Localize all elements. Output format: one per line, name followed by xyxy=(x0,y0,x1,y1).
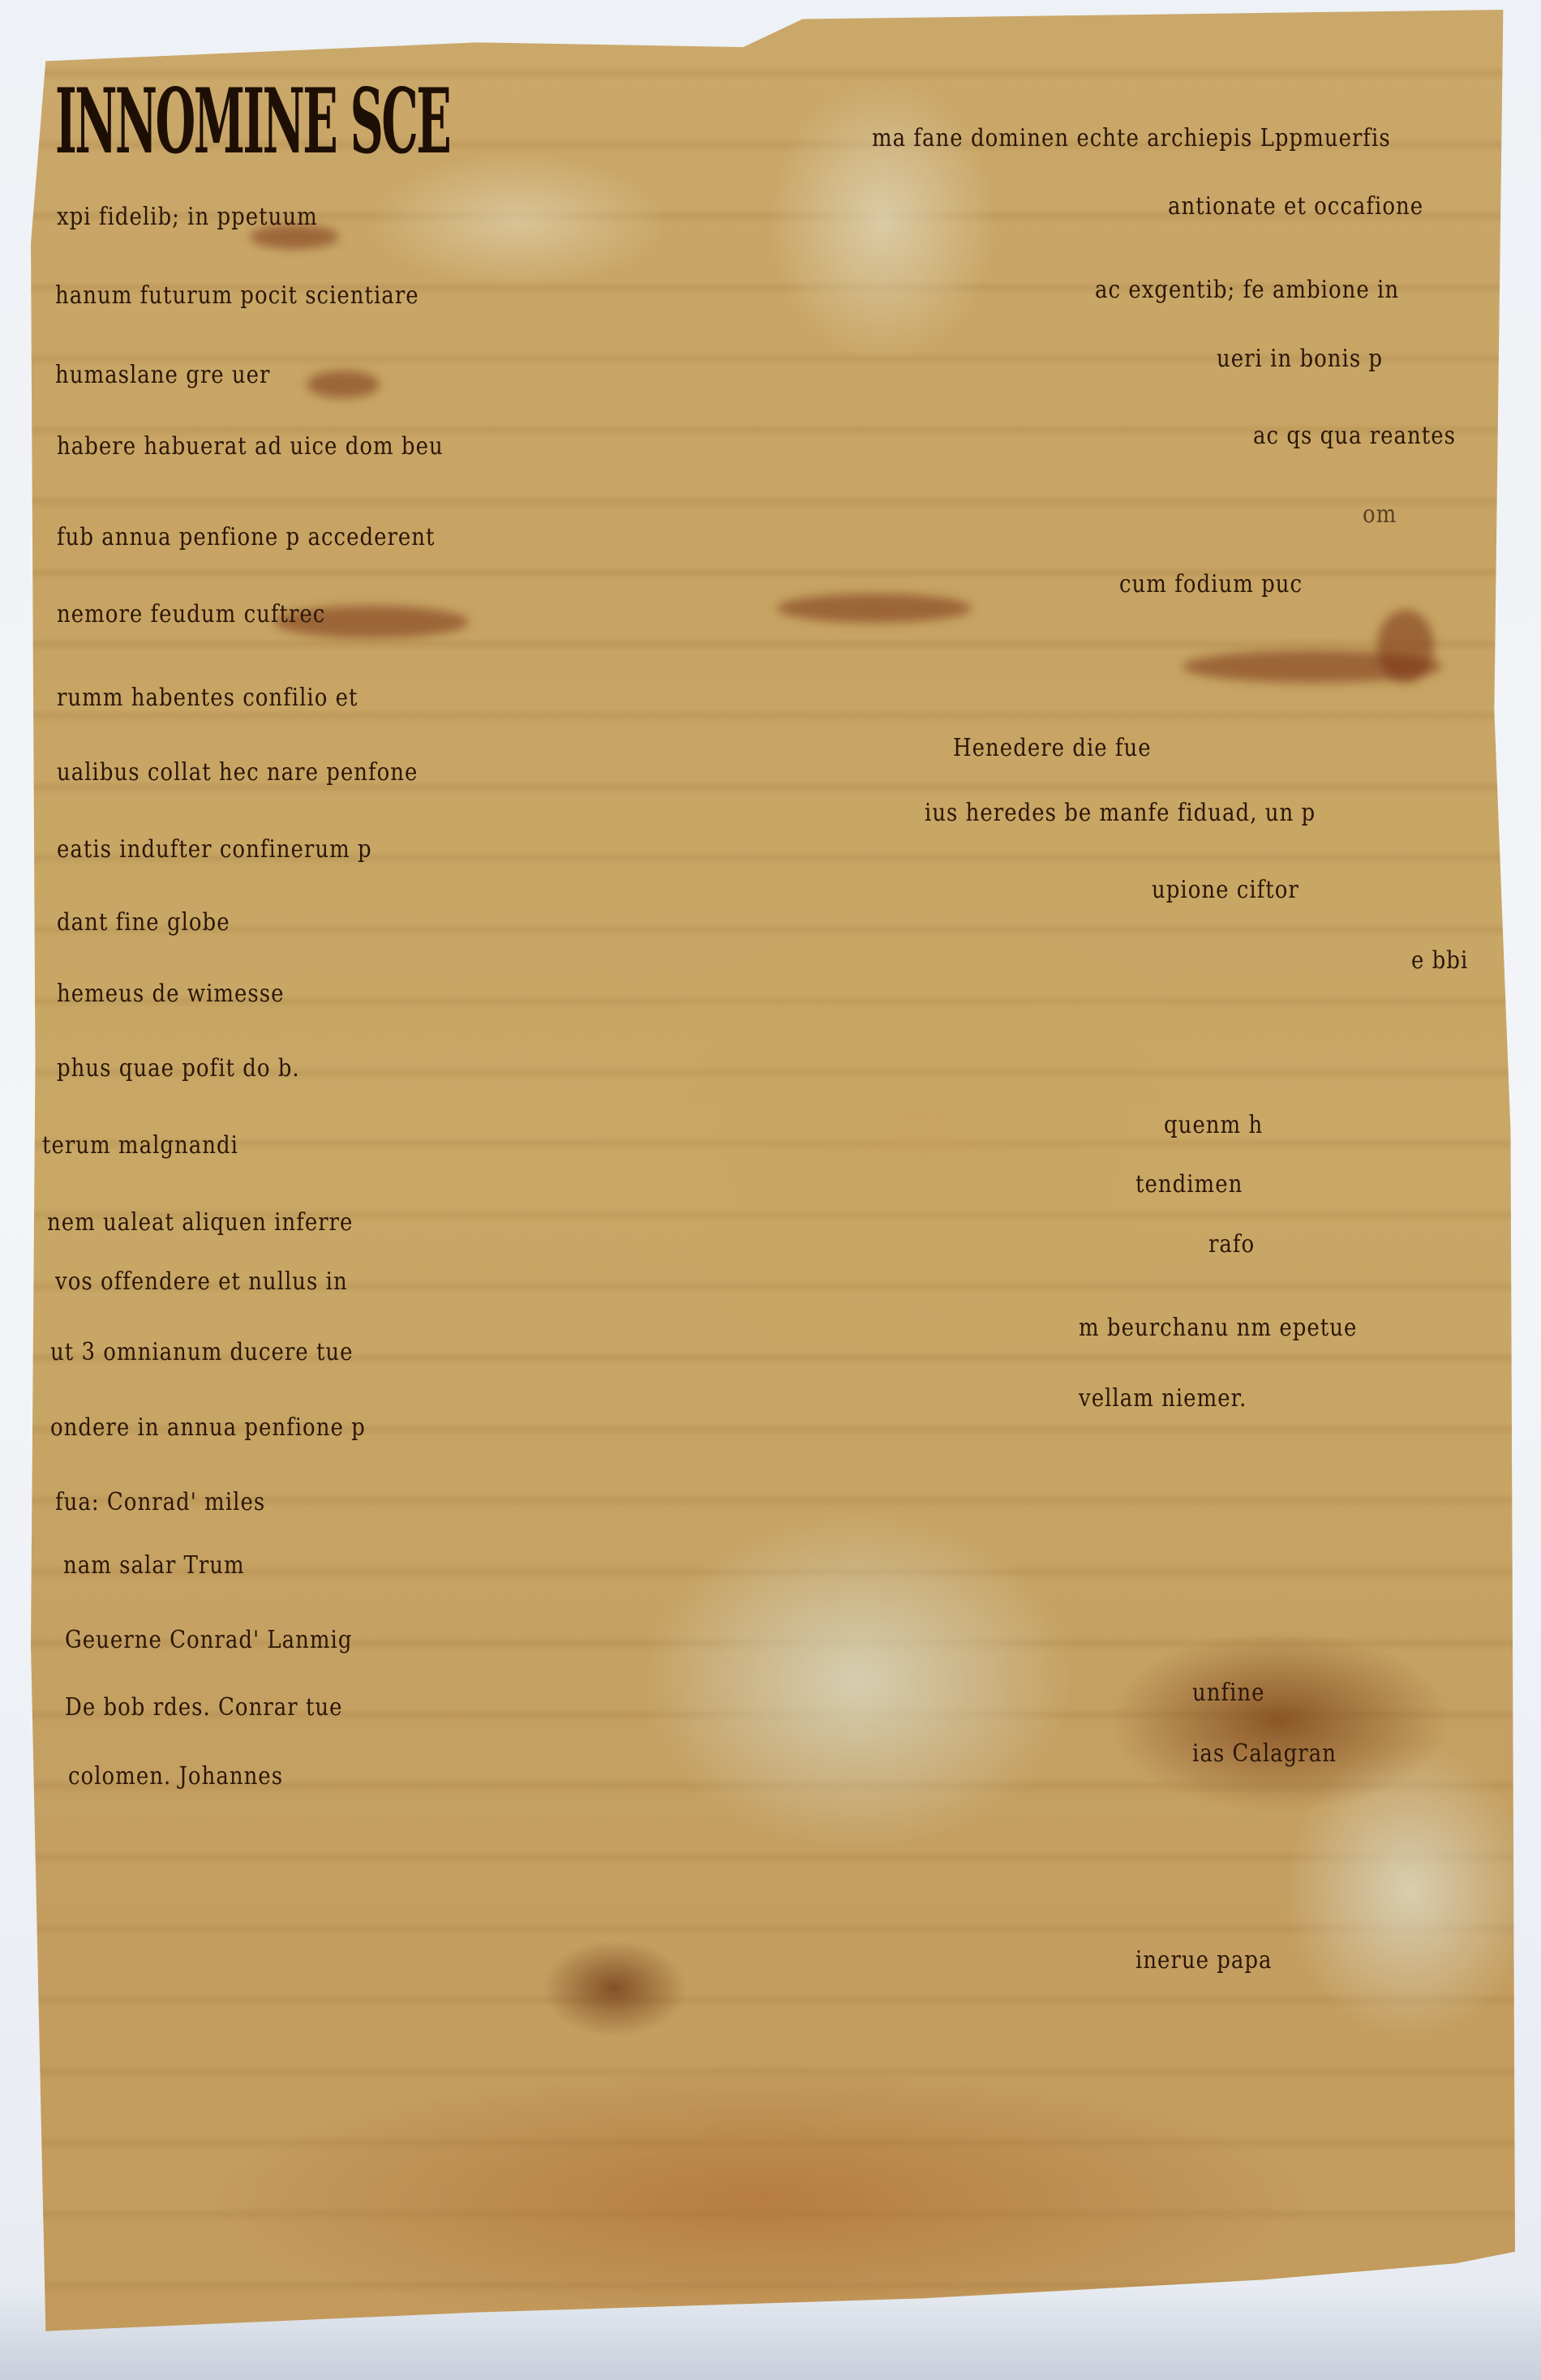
text-line: m beurchanu nm epetue xyxy=(1079,1314,1357,1343)
text-line: phus quae pofit do b. xyxy=(57,1055,300,1083)
text-line: antionate et occafione xyxy=(1168,193,1423,221)
text-line: xpi fidelib; in ppetuum xyxy=(57,204,318,232)
text-line: hemeus de wimesse xyxy=(57,980,285,1009)
text-line: quenm h xyxy=(1164,1112,1263,1140)
text-line: cum fodium puc xyxy=(1119,571,1303,599)
text-line: dant fine globe xyxy=(57,909,230,937)
text-line: De bob rdes. Conrar tue xyxy=(65,1694,343,1722)
text-line: ondere in annua penfione p xyxy=(50,1414,366,1443)
text-line: Geuerne Conrad' Lanmig xyxy=(65,1627,353,1655)
text-line: habere habuerat ad uice dom beu xyxy=(57,433,444,461)
text-line: nemore feudum cuftrec xyxy=(57,601,325,629)
text-line: ma fane dominen echte archiepis Lppmuerf… xyxy=(872,125,1391,153)
text-line: ius heredes be manfe fiduad, un p xyxy=(925,800,1316,828)
text-line: Henedere die fue xyxy=(953,735,1152,763)
ink-stain xyxy=(777,594,972,623)
text-line: rumm habentes confilio et xyxy=(57,684,358,713)
text-line: hanum futurum pocit scientiare xyxy=(55,282,419,311)
text-line: ias Calagran xyxy=(1192,1740,1337,1769)
text-line: colomen. Johannes xyxy=(68,1763,283,1791)
text-line: ualibus collat hec nare penfone xyxy=(57,759,418,787)
text-line: rafo xyxy=(1208,1231,1255,1259)
ink-stain xyxy=(1377,610,1434,683)
text-line: upione ciftor xyxy=(1152,877,1299,905)
text-line: vellam niemer. xyxy=(1079,1385,1247,1413)
text-line: ac qs qua reantes xyxy=(1253,422,1456,451)
text-line: terum malgnandi xyxy=(42,1132,238,1160)
text-line: nam salar Trum xyxy=(63,1552,245,1580)
text-line: fua: Conrad' miles xyxy=(55,1489,265,1517)
text-line: fub annua penfione p accederent xyxy=(57,524,436,552)
text-line: unfine xyxy=(1192,1679,1265,1708)
text-line: om xyxy=(1363,501,1397,530)
text-line: e bbi xyxy=(1411,947,1468,976)
text-line: vos offendere et nullus in xyxy=(55,1268,348,1297)
text-line: ut 3 omnianum ducere tue xyxy=(50,1339,354,1367)
text-line: nem ualeat aliquen inferre xyxy=(47,1209,353,1237)
ink-stain xyxy=(307,371,380,398)
text-line: ac exgentib; fe ambione in xyxy=(1095,277,1399,305)
text-line: tendimen xyxy=(1135,1171,1243,1199)
text-line: eatis indufter confinerum p xyxy=(57,836,372,864)
text-line: ueri in bonis p xyxy=(1217,345,1383,374)
text-line: inerue papa xyxy=(1135,1947,1273,1975)
text-line: humaslane gre uer xyxy=(55,362,271,390)
invocation-heading: INNOMINE SCE xyxy=(55,69,449,174)
